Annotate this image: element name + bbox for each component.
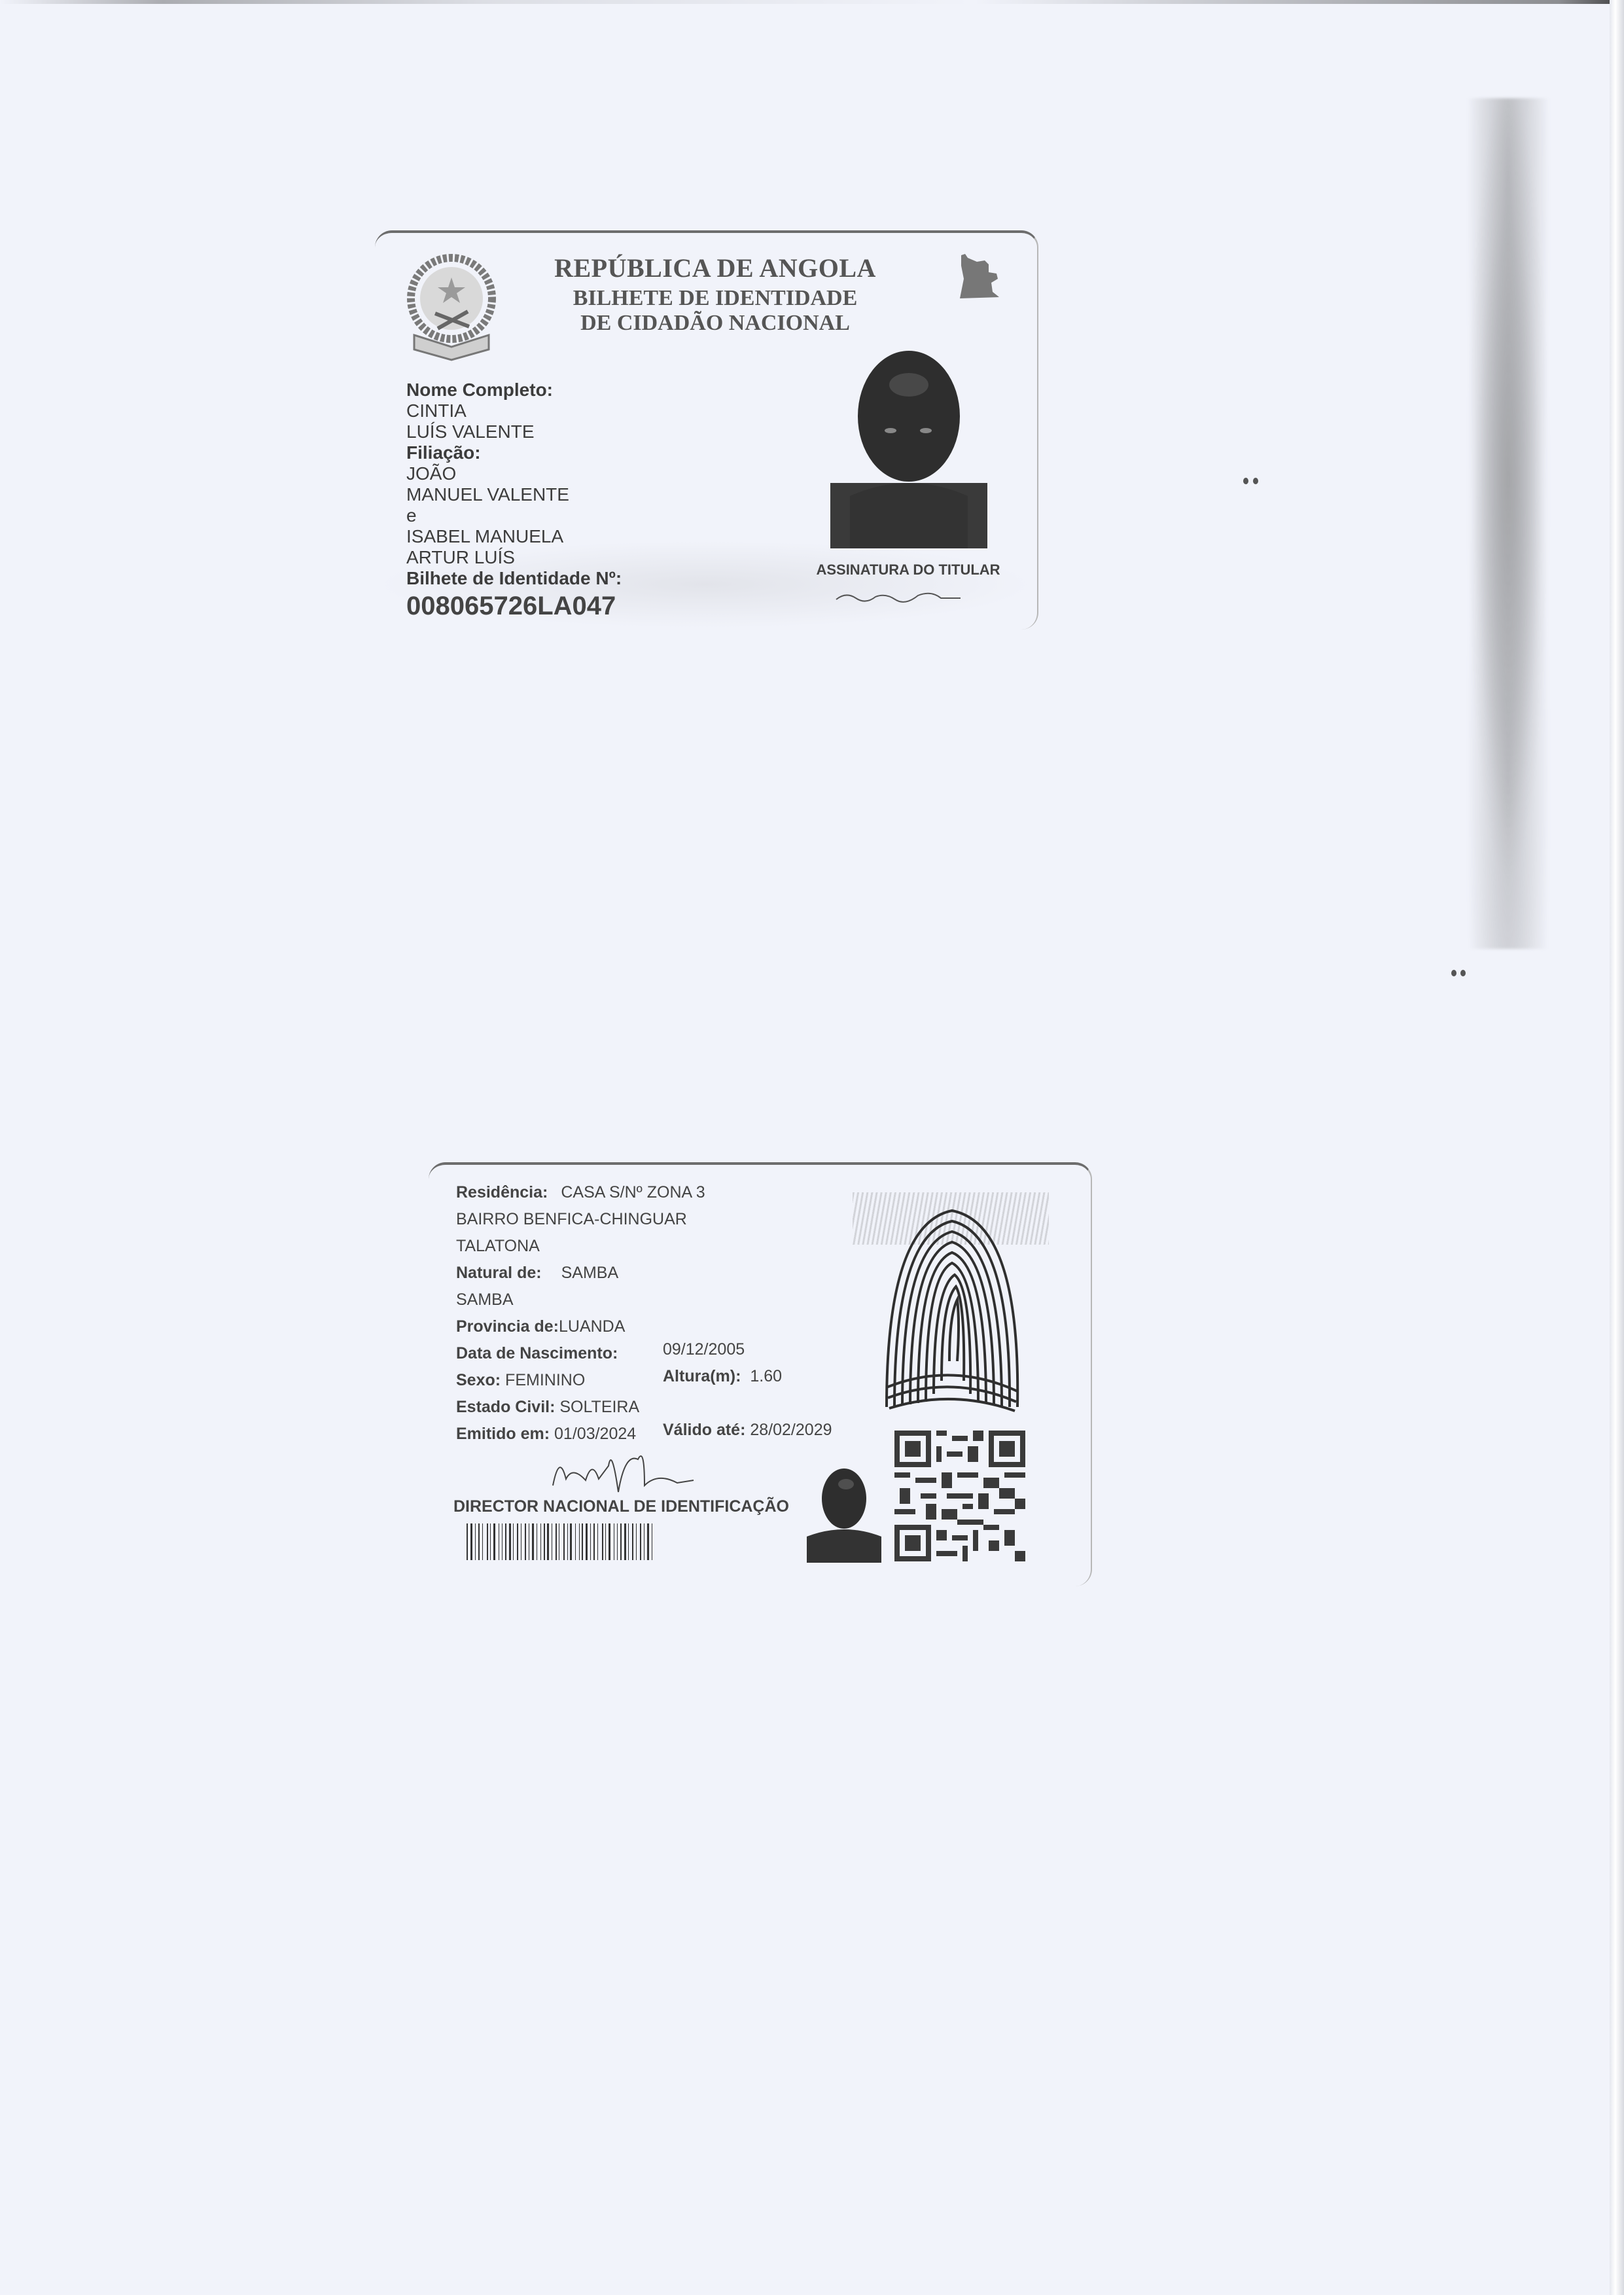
father-line1: JOÃO: [406, 463, 622, 484]
dob-value: 09/12/2005: [663, 1340, 745, 1359]
residence-line3: TALATONA: [456, 1233, 705, 1260]
conjunction: e: [406, 505, 622, 526]
back-fields: Residência:CASA S/Nº ZONA 3 BAIRRO BENFI…: [456, 1179, 705, 1448]
country-name: REPÚBLICA DE ANGOLA: [519, 253, 911, 283]
birthplace-row: Natural de:SAMBA: [456, 1260, 705, 1287]
director-signature: [546, 1440, 697, 1499]
issued-label: Emitido em:: [456, 1425, 550, 1443]
fingerprint-icon: [874, 1198, 1031, 1417]
scan-right-edge: [1610, 0, 1624, 2295]
holder-signature-label: ASSINATURA DO TITULAR: [794, 561, 1023, 578]
personal-fields: Nome Completo: CINTIA LUÍS VALENTE Filia…: [406, 380, 622, 622]
province-label: Provincia de:: [456, 1317, 559, 1336]
valid-value: 28/02/2029: [750, 1421, 832, 1439]
qr-code-icon: [894, 1429, 1025, 1563]
filiation-label: Filiação:: [406, 442, 622, 463]
province-value: LUANDA: [559, 1317, 625, 1336]
province-row: Provincia de:LUANDA: [456, 1313, 705, 1340]
mother-line2: ARTUR LUÍS: [406, 547, 622, 568]
height-row: Altura(m): 1.60: [663, 1367, 782, 1386]
birthplace-line2: SAMBA: [456, 1287, 705, 1313]
sex-value: FEMININO: [505, 1371, 585, 1389]
angola-map-icon: [959, 253, 1004, 300]
birthplace-label: Natural de:: [456, 1264, 542, 1282]
height-label: Altura(m):: [663, 1367, 741, 1385]
birthplace-line1: SAMBA: [561, 1264, 619, 1282]
valid-label: Válido até:: [663, 1421, 745, 1439]
holder-photo-small: [807, 1465, 881, 1563]
document-title-line2: DE CIDADÃO NACIONAL: [519, 311, 911, 336]
scan-speck: [1253, 478, 1258, 484]
full-name-label: Nome Completo:: [406, 380, 622, 400]
full-name-line1: CINTIA: [406, 400, 622, 421]
civil-status-value: SOLTEIRA: [559, 1398, 639, 1416]
residence-line2: BAIRRO BENFICA-CHINGUAR: [456, 1206, 705, 1233]
sex-label: Sexo:: [456, 1371, 501, 1389]
full-name-line2: LUÍS VALENTE: [406, 421, 622, 442]
director-label: DIRECTOR NACIONAL DE IDENTIFICAÇÃO: [453, 1497, 789, 1516]
document-title-line1: BILHETE DE IDENTIDADE: [519, 286, 911, 311]
angola-coat-of-arms-icon: [396, 251, 507, 363]
id-number-label: Bilhete de Identidade Nº:: [406, 568, 622, 589]
id-number: 008065726LA047: [406, 590, 622, 622]
scan-top-edge: [0, 0, 1624, 4]
card-header: REPÚBLICA DE ANGOLA BILHETE DE IDENTIDAD…: [519, 253, 911, 336]
civil-status-label: Estado Civil:: [456, 1398, 555, 1416]
residence-line1: CASA S/Nº ZONA 3: [561, 1183, 705, 1201]
id-card-back: Residência:CASA S/Nº ZONA 3 BAIRRO BENFI…: [429, 1162, 1092, 1586]
residence-row: Residência:CASA S/Nº ZONA 3: [456, 1179, 705, 1206]
scan-speck: [1451, 970, 1456, 976]
father-line2: MANUEL VALENTE: [406, 484, 622, 505]
residence-label: Residência:: [456, 1183, 548, 1201]
valid-row: Válido até: 28/02/2029: [663, 1421, 832, 1440]
scan-speck: [1460, 970, 1466, 976]
barcode-icon: [467, 1523, 656, 1560]
height-value: 1.60: [750, 1367, 782, 1385]
mother-line1: ISABEL MANUELA: [406, 526, 622, 547]
id-card-front: REPÚBLICA DE ANGOLA BILHETE DE IDENTIDAD…: [375, 230, 1038, 630]
dob-label: Data de Nascimento:: [456, 1344, 618, 1362]
holder-signature: [833, 586, 964, 606]
civil-status-row: Estado Civil: SOLTEIRA: [456, 1394, 705, 1421]
scan-speck: [1243, 478, 1248, 484]
scan-noise: [1459, 98, 1557, 949]
holder-photo: [830, 346, 987, 548]
